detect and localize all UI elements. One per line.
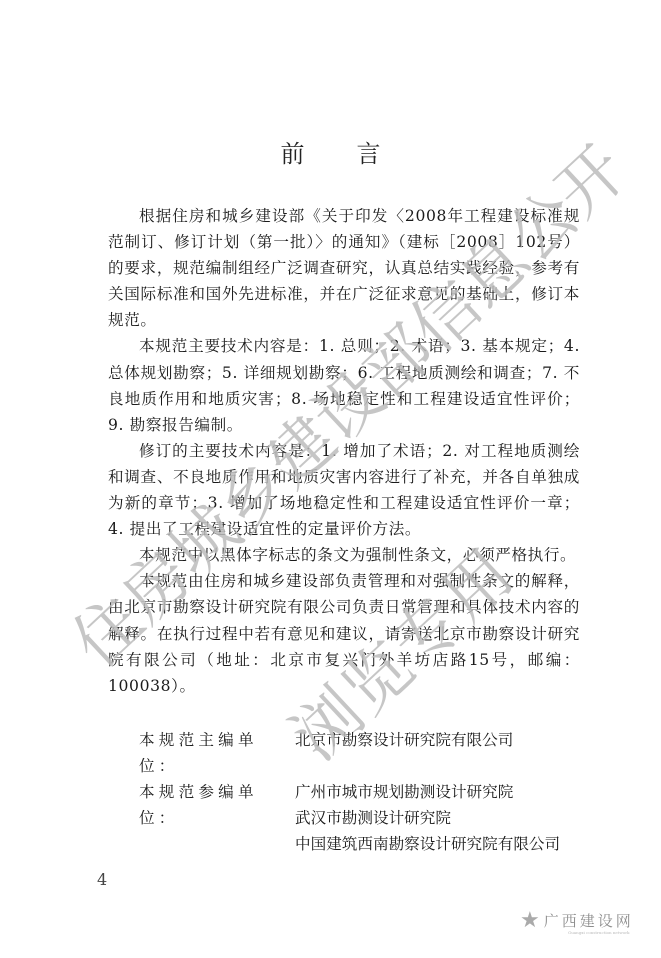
- paragraph-intro: 根据住房和城乡建设部《关于印发〈2008年工程建设标准规范制订、修订计划（第一批…: [108, 203, 580, 333]
- document-body: 根据住房和城乡建设部《关于印发〈2008年工程建设标准规范制订、修订计划（第一批…: [108, 203, 580, 699]
- paragraph-revisions: 修订的主要技术内容是：1. 增加了术语；2. 对工程地质测绘和调查、不良地质作用…: [108, 438, 580, 542]
- participating-unit: 武汉市勘测设计研究院: [295, 805, 585, 831]
- site-logo[interactable]: ★ 广西建设网 Guangxi construction network: [520, 908, 634, 933]
- logo-subtext: Guangxi construction network: [568, 930, 630, 935]
- page-title: 前言: [0, 134, 661, 169]
- paragraph-mandatory: 本规范中以黑体字标志的条文为强制性条文，必须严格执行。: [108, 542, 580, 568]
- paragraph-management: 本规范由住房和城乡建设部负责管理和对强制性条文的解释，由北京市勘察设计研究院有限…: [108, 568, 580, 698]
- participating-unit-label: 本规范参编单位：: [139, 779, 295, 857]
- paragraph-technical-content: 本规范主要技术内容是：1. 总则；2. 术语；3. 基本规定；4. 总体规划勘察…: [108, 333, 580, 437]
- participating-unit-values: 广州市城市规划勘测设计研究院 武汉市勘测设计研究院 中国建筑西南勘察设计研究院有…: [295, 779, 585, 857]
- star-icon: ★: [520, 908, 540, 933]
- participating-unit: 中国建筑西南勘察设计研究院有限公司: [295, 831, 575, 857]
- chief-unit-label: 本规范主编单位：: [139, 727, 295, 779]
- editing-units: 本规范主编单位： 北京市勘察设计研究院有限公司 本规范参编单位： 广州市城市规划…: [139, 727, 585, 857]
- chief-unit-value: 北京市勘察设计研究院有限公司: [295, 727, 585, 779]
- participating-unit-row: 本规范参编单位： 广州市城市规划勘测设计研究院 武汉市勘测设计研究院 中国建筑西…: [139, 779, 585, 857]
- participating-unit: 广州市城市规划勘测设计研究院: [295, 779, 585, 805]
- logo-text: 广西建设网: [544, 910, 634, 931]
- chief-unit-row: 本规范主编单位： 北京市勘察设计研究院有限公司: [139, 727, 585, 779]
- page-number: 4: [97, 870, 107, 889]
